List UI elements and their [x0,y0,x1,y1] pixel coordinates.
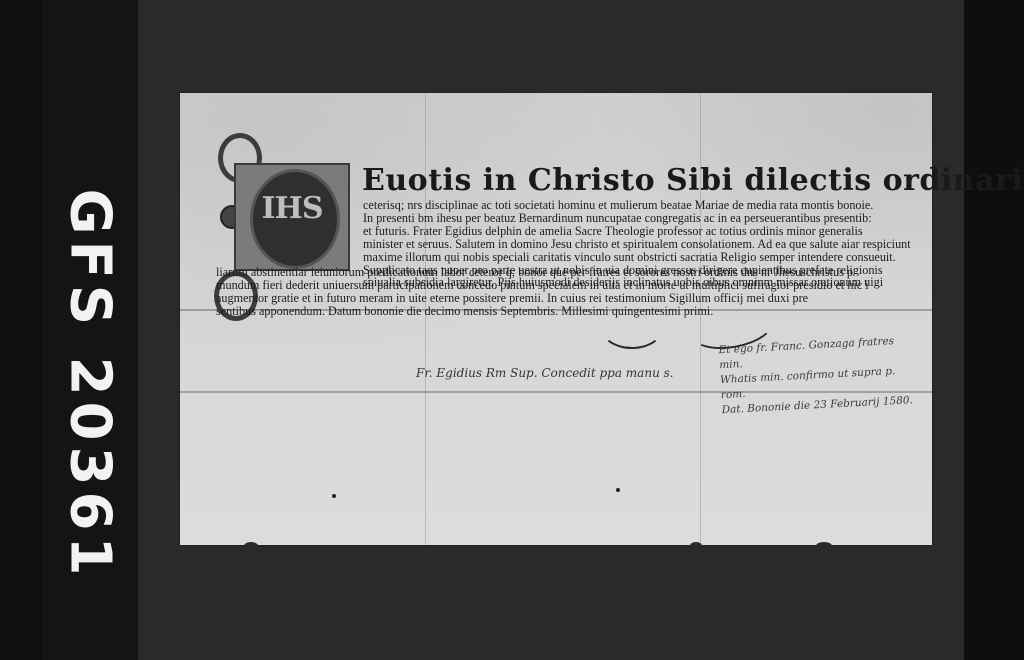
text-line: liarum abstinentiar ieiuniorum predicati… [216,266,926,279]
signature-egidius: Fr. Egidius Rm Sup. Concedit ppa manu s. [416,366,674,380]
parchment-document: IHS Euotis in Christo Sibi dilectis ordi… [180,93,932,545]
document-body-lower: liarum abstinentiar ieiuniorum predicati… [216,266,926,318]
edge-notch [244,542,258,550]
endorsement-note: Et ego fr. Franc. Gonzaga fratres min. W… [718,333,922,418]
fold-line-vertical-1 [425,93,426,545]
text-line: et futuris. Frater Egidius delphin de am… [363,225,923,238]
text-line: ceterisq; nrs disciplinae ac toti societ… [363,199,923,212]
film-border-right [964,0,1024,660]
text-line: mundum fieri dederit uniuersum participa… [216,279,926,292]
film-id-label: GFS 20361 [48,150,132,620]
text-line: maxime illorum qui nobis speciali carita… [363,251,923,264]
film-id-text: GFS 20361 [58,189,123,582]
text-line: minister et seruus. Salutem in domino Je… [363,238,923,251]
ihs-monogram: IHS [250,191,334,226]
notary-flourish [600,305,664,349]
ink-spot [616,488,620,492]
text-line: In presenti bm ihesu per beatuz Bernardi… [363,212,923,225]
text-line: augmentor gratie et in futuro meram in u… [216,292,926,305]
edge-notch [690,542,702,550]
document-heading: Euotis in Christo Sibi dilectis ordinari… [362,163,1024,198]
ink-spot [332,494,336,498]
text-line: sentibus apponendum. Datum bononie die d… [216,305,926,318]
edge-notch [816,542,832,550]
